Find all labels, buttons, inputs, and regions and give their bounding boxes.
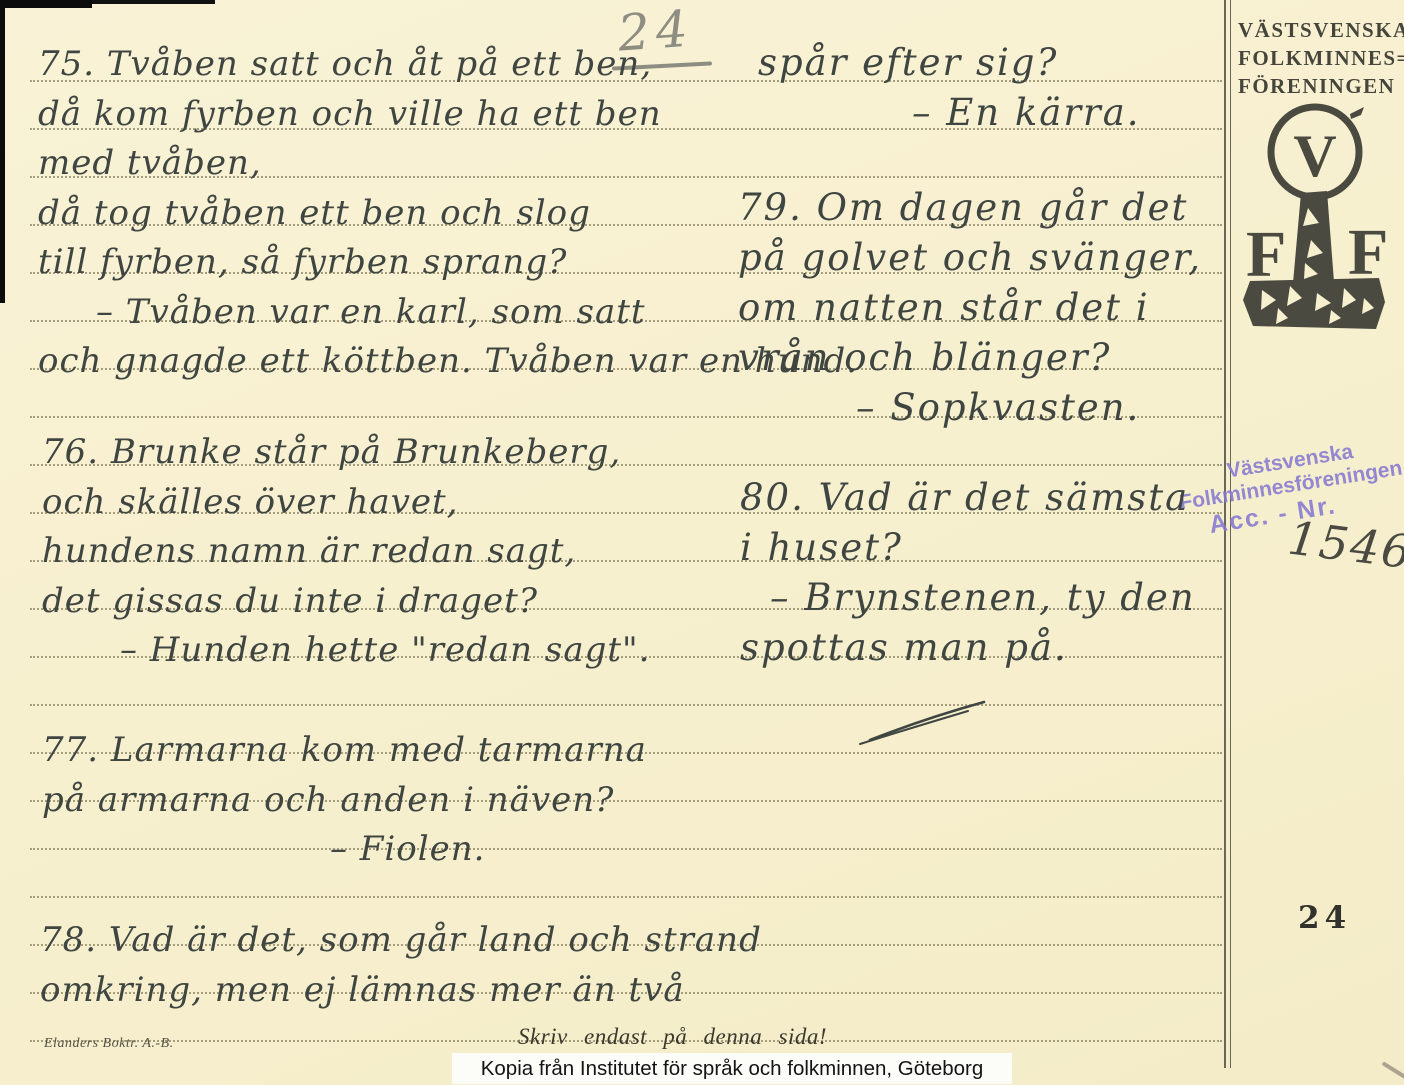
archive-card: 24 VÄSTSVENSKA FOLKMINNES= FÖRENINGEN V …	[0, 0, 1404, 1085]
handwriting-line: – Brynstenen, ty den	[740, 573, 1196, 623]
riddle-79: 79. Om dagen går detpå golvet och svänge…	[738, 183, 1202, 433]
vff-hammer-logo: V F F	[1238, 102, 1390, 332]
hammer-logo-graphic: V F F	[1238, 102, 1390, 332]
accession-number-handwritten: 1546	[1285, 511, 1404, 580]
handwriting-line: 80. Vad är det sämsta	[740, 473, 1196, 523]
handwriting-line: spår efter sig?	[742, 38, 1141, 88]
handwriting-line: med tvåben,	[38, 139, 858, 189]
organization-name: VÄSTSVENSKA FOLKMINNES= FÖRENINGEN	[1238, 16, 1398, 100]
dotted-ruled-line	[30, 896, 1222, 898]
riddle-78: 78. Vad är det, som går land och strando…	[40, 916, 762, 1015]
logo-letter-f-right: F	[1348, 216, 1388, 289]
handwriting-line: 77. Larmarna kom med tarmarna	[42, 726, 647, 776]
handwriting-line: det gissas du inte i draget?	[42, 577, 650, 627]
handwriting-line: 78. Vad är det, som går land och strand	[40, 916, 762, 966]
handwriting-line: – Fiolen.	[42, 825, 647, 875]
scan-edge-artifact	[0, 0, 5, 303]
handwriting-line: 79. Om dagen går det	[738, 183, 1202, 233]
logo-letter-v: V	[1293, 123, 1336, 189]
handwriting-line: vrån och blänger?	[738, 333, 1202, 383]
printer-mark: Elanders Boktr. A.-B.	[44, 1036, 174, 1052]
handwriting-line: – Hunden hette "redan sagt".	[42, 626, 650, 676]
handwriting-line: i huset?	[740, 523, 1196, 573]
pen-flourish	[856, 694, 1006, 750]
scan-corner-smudge	[1382, 1061, 1404, 1082]
logo-letter-f-left: F	[1246, 218, 1286, 291]
handwriting-line: på armarna och anden i näven?	[42, 776, 647, 826]
handwriting-line: hundens namn är redan sagt,	[42, 527, 650, 577]
handwriting-line: då kom fyrben och ville ha ett ben	[38, 90, 858, 140]
handwriting-line: – Tvåben var en karl, som satt	[38, 288, 858, 338]
handwriting-line: 76. Brunke står på Brunkeberg,	[42, 428, 650, 478]
riddle-78-continued: spår efter sig?– En kärra.	[742, 38, 1141, 138]
org-name-line: FOLKMINNES=	[1238, 44, 1398, 72]
printed-page-number: 24	[1298, 900, 1351, 936]
handwriting-line: och skälles över havet,	[42, 478, 650, 528]
handwriting-line: – Sopkvasten.	[738, 383, 1202, 433]
handwriting-line: och gnagde ett köttben. Tvåben var en hu…	[38, 337, 858, 387]
dotted-ruled-line	[30, 704, 1222, 706]
handwriting-line: omkring, men ej lämnas mer än två	[40, 966, 762, 1016]
riddle-75: 75. Tvåben satt och åt på ett ben,då kom…	[38, 40, 858, 387]
scan-edge-artifact	[0, 0, 92, 8]
copy-watermark-text: Kopia från Institutet för språk och folk…	[481, 1057, 984, 1081]
org-name-line: VÄSTSVENSKA	[1238, 16, 1398, 44]
riddle-77: 77. Larmarna kom med tarmarnapå armarna …	[42, 726, 647, 875]
handwriting-line: på golvet och svänger,	[738, 233, 1202, 283]
handwriting-line: då tog tvåben ett ben och slog	[38, 189, 858, 239]
handwriting-line: om natten står det i	[738, 283, 1202, 333]
riddle-76: 76. Brunke står på Brunkeberg,och skälle…	[42, 428, 650, 676]
write-only-this-side-note: Skriv endast på denna sida!	[518, 1024, 827, 1050]
handwriting-line: till fyrben, så fyrben sprang?	[38, 238, 858, 288]
org-name-line: FÖRENINGEN	[1238, 72, 1398, 100]
copy-watermark-band: Kopia från Institutet för språk och folk…	[452, 1053, 1012, 1084]
handwriting-line: – En kärra.	[742, 88, 1141, 138]
riddle-80: 80. Vad är det sämstai huset?– Brynstene…	[740, 473, 1196, 673]
handwriting-line: spottas man på.	[740, 623, 1196, 673]
handwriting-line: 75. Tvåben satt och åt på ett ben,	[38, 40, 858, 90]
